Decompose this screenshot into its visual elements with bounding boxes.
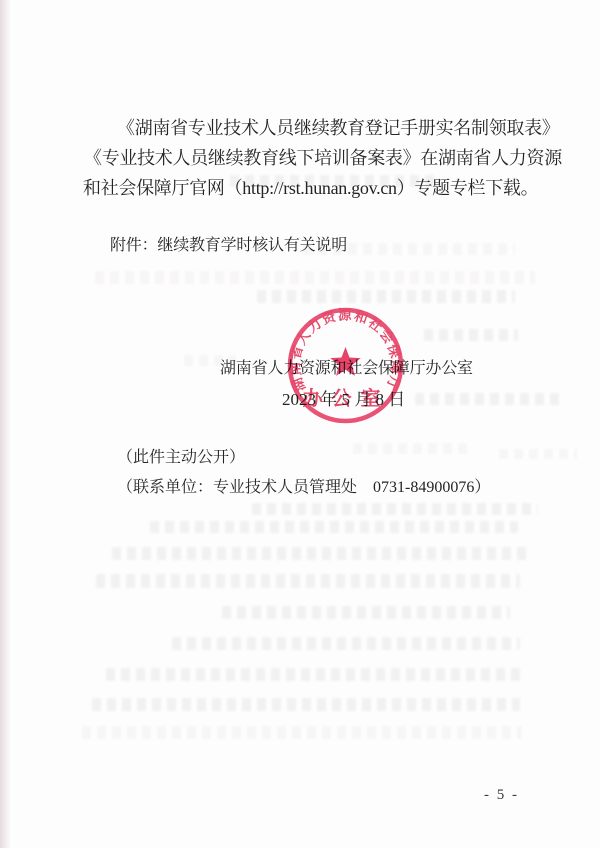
official-seal-graphic: 湖南省人力资源和社会保障厅 办公室 [283,303,408,428]
showthrough-ghost [424,329,518,341]
showthrough-ghost [415,393,560,405]
scanned-document-page: 《湖南省专业技术人员继续教育登记手册实名制领取表》 《专业技术人员继续教育线下培… [0,0,600,848]
showthrough-ghost [96,574,520,588]
showthrough-ghost [95,271,535,284]
star-icon [330,347,360,376]
disclosure-note: （此件主动公开） [117,448,245,468]
showthrough-ghost [353,443,471,454]
showthrough-ghost [150,521,518,533]
showthrough-ghost [172,637,520,650]
official-seal: 湖南省人力资源和社会保障厅 办公室 [283,303,408,428]
showthrough-ghost [82,726,522,739]
showthrough-ghost [92,698,520,711]
showthrough-ghost [499,449,577,459]
paragraph-line-3: 和社会保障厅官网（http://rst.hunan.gov.cn）专题专栏下载。 [83,177,538,200]
attachment-line: 附件：继续教育学时核认有关说明 [110,236,347,256]
contact-note: （联系单位：专业技术人员管理处 0731-84900076） [117,478,490,498]
showthrough-ghost [222,606,510,619]
scan-edge-shadow [0,0,11,848]
showthrough-ghost [106,668,520,681]
page-number: - 5 - [484,786,519,805]
showthrough-ghost [252,503,538,515]
paragraph-line-2: 《专业技术人员继续教育线下培训备案表》在湖南省人力资源 [84,147,562,170]
seal-office-text: 办公室 [303,386,390,410]
paragraph-line-1: 《湖南省专业技术人员继续教育登记手册实名制领取表》 [117,117,560,140]
showthrough-ghost [257,290,515,303]
showthrough-ghost [112,547,530,560]
